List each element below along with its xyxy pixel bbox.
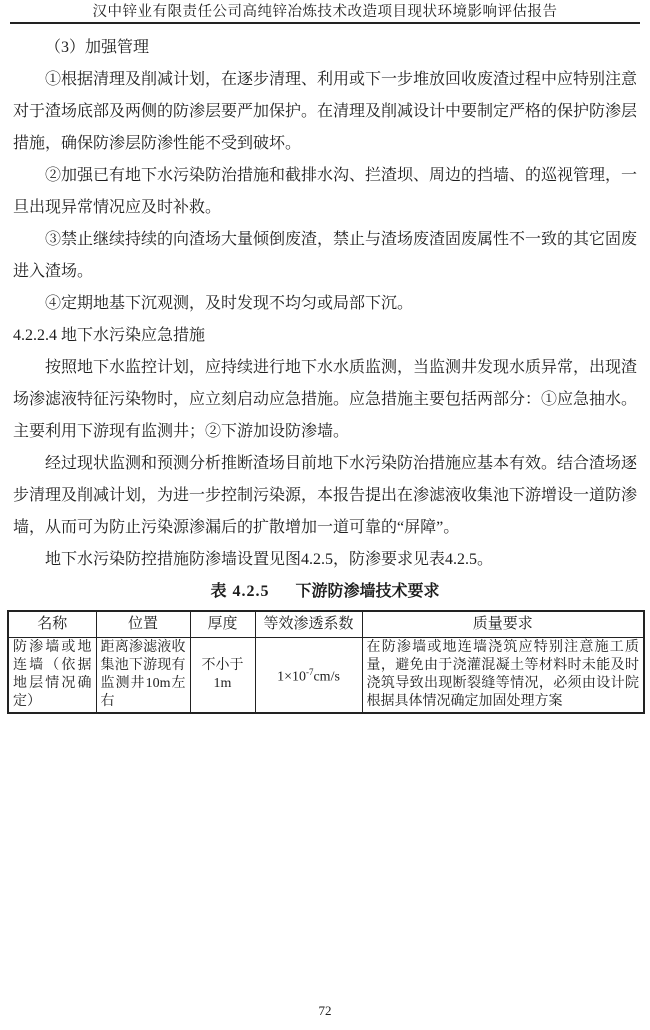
table-header-row: 名称 位置 厚度 等效渗透系数 质量要求 (8, 611, 644, 637)
permeability-unit: cm/s (313, 669, 339, 684)
paragraph: ②加强已有地下水污染防治措施和截排水沟、拦渣坝、周边的挡墙、的巡视管理，一旦出现… (13, 160, 637, 224)
paragraph: ③禁止继续持续的向渣场大量倾倒废渣，禁止与渣场废渣固废属性不一致的其它固废进入渣… (13, 224, 637, 288)
page-header: 汉中锌业有限责任公司高纯锌冶炼技术改造项目现状环境影响评估报告 (0, 0, 650, 24)
document-body: （3）加强管理①根据清理及削减计划，在逐步清理、利用或下一步堆放回收废渣过程中应… (0, 24, 650, 576)
col-header-quality: 质量要求 (362, 611, 644, 637)
paragraph: ④定期地基下沉观测，及时发现不均匀或局部下沉。 (13, 288, 637, 320)
page-footer: 72 (0, 1004, 650, 1018)
table-caption-title: 下游防渗墙技术要求 (296, 583, 440, 600)
col-header-location: 位置 (96, 611, 190, 637)
cell-name: 防渗墙或地连墙（依据地层情况确定） (8, 637, 96, 713)
page-number: 72 (319, 1003, 332, 1018)
paragraph: 地下水污染防控措施防渗墙设置见图4.2.5，防渗要求见表4.2.5。 (13, 544, 637, 576)
col-header-thickness: 厚度 (190, 611, 255, 637)
requirements-table: 名称 位置 厚度 等效渗透系数 质量要求 防渗墙或地连墙（依据地层情况确定） 距… (7, 610, 645, 714)
cell-location: 距离渗滤液收集池下游现有监测井10m左右 (96, 637, 190, 713)
cell-permeability: 1×10-7cm/s (255, 637, 362, 713)
section-heading: 4.2.2.4 地下水污染应急措施 (13, 320, 637, 352)
paragraph: 按照地下水监控计划，应持续进行地下水水质监测，当监测井发现水质异常，出现渣场渗滤… (13, 352, 637, 448)
table-caption-label: 表 4.2.5 (210, 583, 269, 600)
table-caption: 表 4.2.5下游防渗墙技术要求 (0, 580, 650, 604)
cell-thickness: 不小于1m (190, 637, 255, 713)
col-header-permeability: 等效渗透系数 (255, 611, 362, 637)
col-header-name: 名称 (8, 611, 96, 637)
document-page: 汉中锌业有限责任公司高纯锌冶炼技术改造项目现状环境影响评估报告 （3）加强管理①… (0, 0, 650, 1030)
permeability-base: 1×10 (277, 669, 306, 684)
paragraph: ①根据清理及削减计划，在逐步清理、利用或下一步堆放回收废渣过程中应特别注意对于渣… (13, 64, 637, 160)
paragraph: 经过现状监测和预测分析推断渣场目前地下水污染防治措施应基本有效。结合渣场逐步清理… (13, 448, 637, 544)
table-row: 防渗墙或地连墙（依据地层情况确定） 距离渗滤液收集池下游现有监测井10m左右 不… (8, 637, 644, 713)
paragraph: （3）加强管理 (13, 32, 637, 64)
cell-quality-requirements: 在防渗墙或地连墙浇筑应特别注意施工质量，避免由于浇灌混凝土等材料时未能及时浇筑导… (362, 637, 644, 713)
running-header-title: 汉中锌业有限责任公司高纯锌冶炼技术改造项目现状环境影响评估报告 (10, 4, 640, 20)
